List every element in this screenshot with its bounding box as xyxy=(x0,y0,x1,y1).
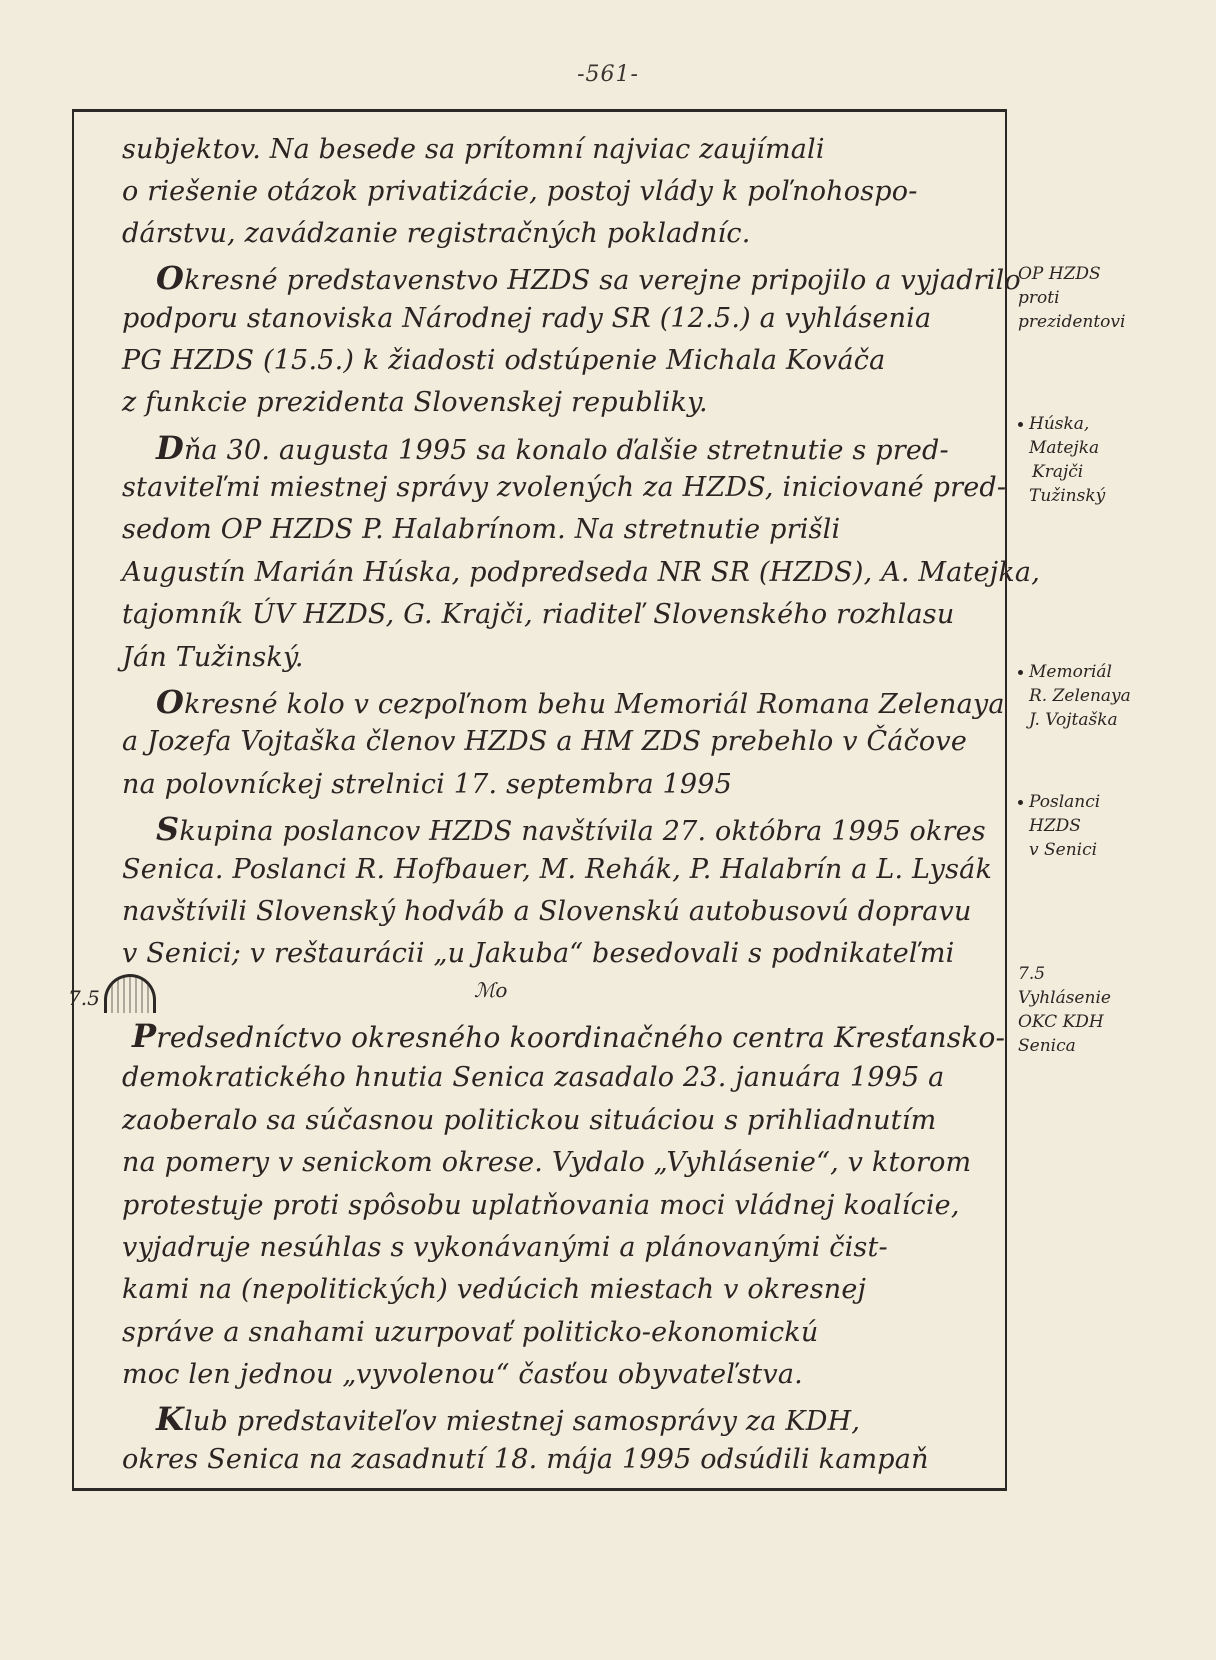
margin-note-line: R. Zelenaya xyxy=(1018,684,1131,708)
text-line: Ján Tužinský. xyxy=(122,644,304,671)
margin-note-line: proti xyxy=(1018,286,1125,310)
scribble-mark: ℳo xyxy=(474,978,507,1002)
text-line: demokratického hnutia Senica zasadalo 23… xyxy=(122,1064,944,1091)
margin-note-poslanci: Poslanci HZDS v Senici xyxy=(1018,790,1100,862)
text-line: a Jozefa Vojtaška členov HZDS a HM ZDS p… xyxy=(122,728,967,755)
drop-cap-ornament-icon xyxy=(104,974,156,1013)
margin-note-line: Húska, xyxy=(1029,414,1089,434)
margin-note-line: Senica xyxy=(1018,1034,1111,1058)
text-line: Senica. Poslanci R. Hofbauer, M. Rehák, … xyxy=(122,856,992,883)
text-line: sedom OP HZDS P. Halabrínom. Na stretnut… xyxy=(122,516,840,543)
margin-note-line: OP HZDS xyxy=(1018,262,1125,286)
text-line: protestuje proti spôsobu uplatňovania mo… xyxy=(122,1192,960,1219)
text-line: navštívili Slovenský hodváb a Slovenskú … xyxy=(122,898,972,925)
margin-note-line: OKC KDH xyxy=(1018,1010,1111,1034)
margin-note-line: Memoriál xyxy=(1029,662,1112,682)
text-line: Skupina poslancov HZDS navštívila 27. ok… xyxy=(156,813,986,845)
margin-note-line: Matejka xyxy=(1018,436,1105,460)
text-line: tajomník ÚV HZDS, G. Krajči, riaditeľ Sl… xyxy=(122,601,954,628)
text-line: staviteľmi miestnej správy zvolených za … xyxy=(122,474,1006,501)
page-number: -561- xyxy=(0,62,1216,87)
text-line: v Senici; v reštaurácii „u Jakuba“ besed… xyxy=(122,940,955,967)
text-line: vyjadruje nesúhlas s vykonávanými a plán… xyxy=(122,1234,888,1261)
text-line-drop-cap: Predsedníctvo okresného koordinačného ce… xyxy=(132,1020,1005,1052)
text-line: zaoberalo sa súčasnou politickou situáci… xyxy=(122,1107,936,1134)
margin-note-line: 7.5 xyxy=(1018,962,1111,986)
text-line: Okresné predstavenstvo HZDS sa verejne p… xyxy=(156,262,1021,294)
bullet-icon xyxy=(1018,800,1023,805)
text-line: dárstvu, zavádzanie registračných poklad… xyxy=(122,220,750,247)
margin-note-line: Krajči xyxy=(1018,460,1105,484)
text-line: na pomery v senickom okrese. Vydalo „Vyh… xyxy=(122,1149,971,1176)
text-line: z funkcie prezidenta Slovenskej republik… xyxy=(122,389,708,416)
text-line: podporu stanoviska Národnej rady SR (12.… xyxy=(122,305,931,332)
handwritten-text-box: subjektov. Na besede sa prítomní najviac… xyxy=(72,109,1007,1491)
margin-note-huska: Húska, Matejka Krajči Tužinský xyxy=(1018,412,1105,508)
text-line: Okresné kolo v cezpoľnom behu Memoriál R… xyxy=(156,686,1005,718)
text-line: moc len jednou „vyvolenou“ časťou obyvat… xyxy=(122,1361,803,1388)
margin-note-line: prezidentovi xyxy=(1018,310,1125,334)
margin-note-vyhlasenie: 7.5 Vyhlásenie OKC KDH Senica xyxy=(1018,962,1111,1058)
text-line: Dňa 30. augusta 1995 sa konalo ďalšie st… xyxy=(156,432,949,464)
margin-note-line: Vyhlásenie xyxy=(1018,986,1111,1010)
margin-note-line: J. Vojtaška xyxy=(1018,708,1131,732)
margin-note-line: Poslanci xyxy=(1029,792,1100,812)
text-line: Augustín Marián Húska, podpredseda NR SR… xyxy=(122,559,1040,586)
margin-note-line: HZDS xyxy=(1018,814,1100,838)
section-marker: 7.5 xyxy=(68,986,100,1010)
margin-note-line: Tužinský xyxy=(1018,484,1105,508)
margin-note-line: v Senici xyxy=(1018,838,1100,862)
margin-note-memorial: Memoriál R. Zelenaya J. Vojtaška xyxy=(1018,660,1131,732)
text-line: subjektov. Na besede sa prítomní najviac… xyxy=(122,136,825,163)
text-line: na polovníckej strelnici 17. septembra 1… xyxy=(122,771,732,798)
text-line: správe a snahami uzurpovať politicko-eko… xyxy=(122,1319,818,1346)
margin-note-op-hzds: OP HZDS proti prezidentovi xyxy=(1018,262,1125,334)
text-line: kami na (nepolitických) vedúcich miestac… xyxy=(122,1276,866,1303)
text-line: o riešenie otázok privatizácie, postoj v… xyxy=(122,178,918,205)
bullet-icon xyxy=(1018,670,1023,675)
text-line: okres Senica na zasadnutí 18. mája 1995 … xyxy=(122,1446,929,1473)
text-line: Klub predstaviteľov miestnej samosprávy … xyxy=(156,1403,860,1435)
text-line: PG HZDS (15.5.) k žiadosti odstúpenie Mi… xyxy=(122,347,885,374)
bullet-icon xyxy=(1018,422,1023,427)
